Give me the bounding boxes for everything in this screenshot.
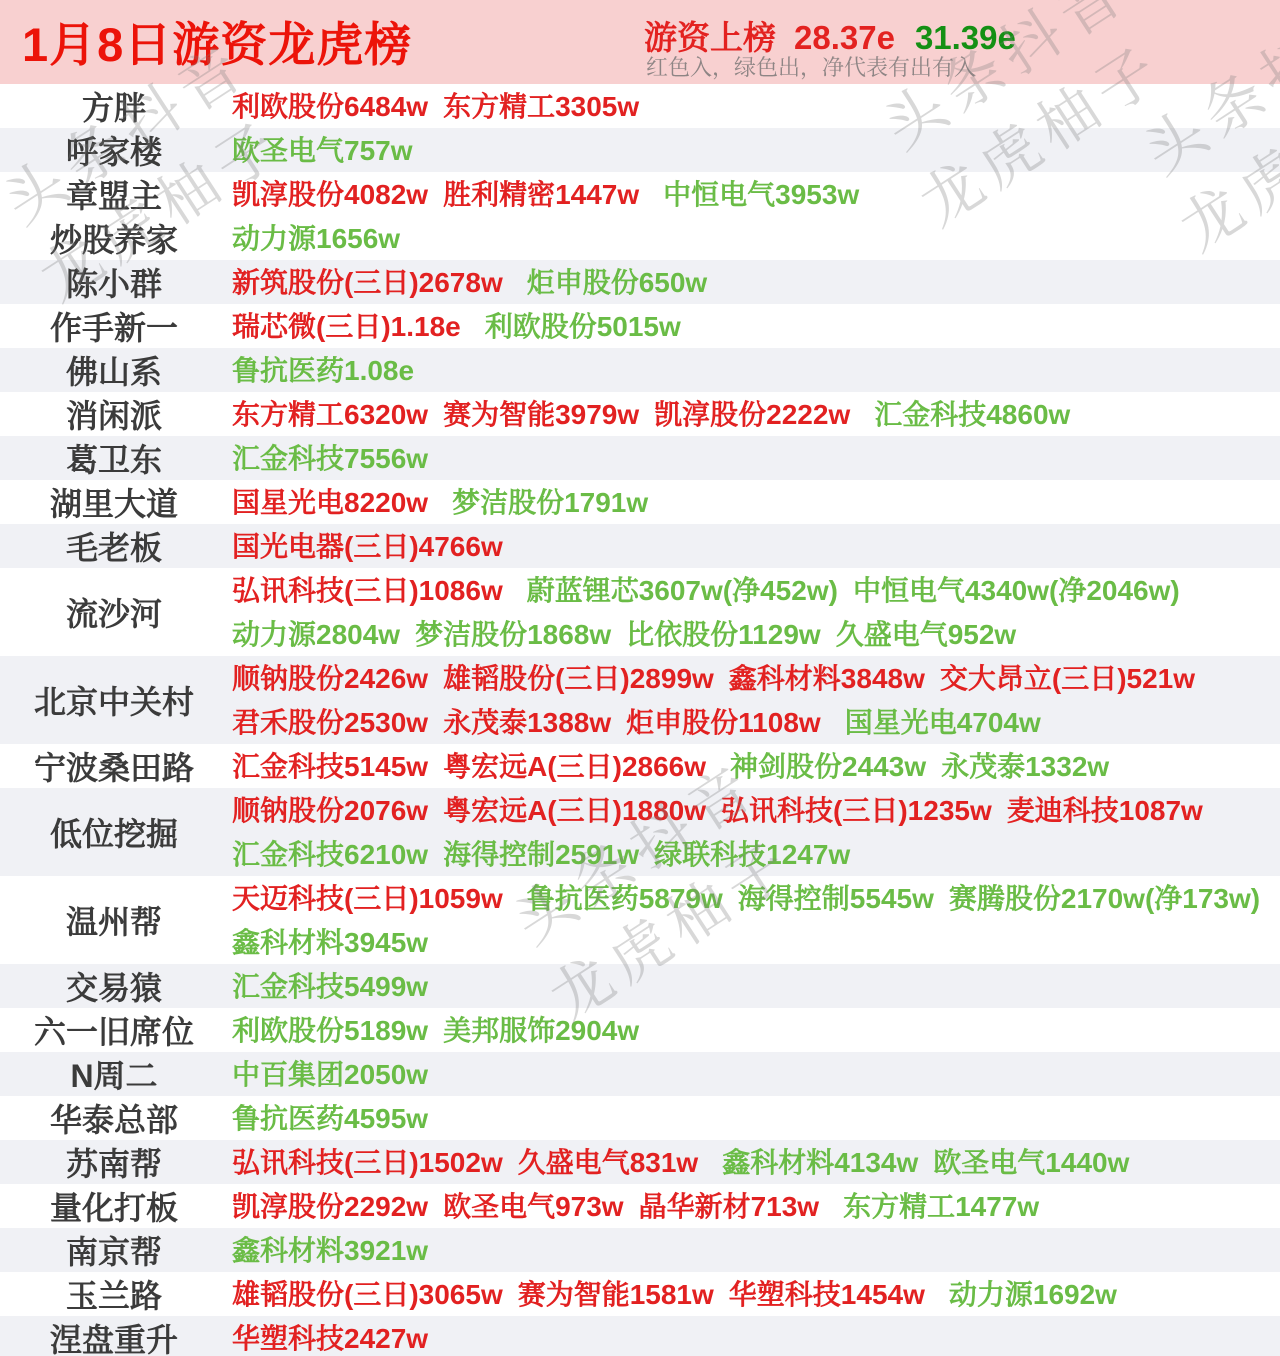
stock-entry-outflow: 汇金科技5499w [232, 971, 428, 1002]
stock-entry-outflow: 久盛电气952w [836, 619, 1017, 650]
trader-name: 华泰总部 [0, 1096, 228, 1140]
trader-row: 涅盘重升华塑科技2427w [0, 1316, 1280, 1356]
trader-row: 玉兰路雄韬股份(三日)3065w赛为智能1581w华塑科技1454w动力源169… [0, 1272, 1280, 1316]
trader-name: 方胖 [0, 84, 228, 128]
stock-line: 弘讯科技(三日)1502w久盛电气831w鑫科材料4134w欧圣电气1440w [232, 1140, 1280, 1184]
trader-row: 葛卫东汇金科技7556w [0, 436, 1280, 480]
trader-name: 温州帮 [0, 876, 228, 964]
stock-entry-outflow: 鑫科材料3945w [232, 927, 428, 958]
stock-entry-inflow: 君禾股份2530w [232, 707, 428, 738]
stock-line: 汇金科技5499w [232, 964, 1280, 1008]
stock-entry-inflow: 东方精工6320w [232, 399, 428, 430]
legend-note: 红色入，绿色出，净代表有出有入 [646, 51, 976, 82]
stock-entries: 弘讯科技(三日)1502w久盛电气831w鑫科材料4134w欧圣电气1440w [228, 1140, 1280, 1184]
stock-line: 汇金科技6210w海得控制2591w绿联科技1247w [232, 832, 1280, 876]
stock-entries: 利欧股份5189w美邦服饰2904w [228, 1008, 1280, 1052]
trader-row: 佛山系鲁抗医药1.08e [0, 348, 1280, 392]
stock-entry-inflow: 新筑股份(三日)2678w [232, 267, 503, 298]
stock-entries: 顺钠股份2076w粤宏远A(三日)1880w弘讯科技(三日)1235w麦迪科技1… [228, 788, 1280, 876]
stock-entries: 凯淳股份2292w欧圣电气973w晶华新材713w东方精工1477w [228, 1184, 1280, 1228]
stock-entry-outflow: 欧圣电气757w [232, 135, 413, 166]
stock-entry-inflow: 粤宏远A(三日)1880w [443, 795, 706, 826]
stock-entry-inflow: 弘讯科技(三日)1086w [232, 575, 503, 606]
trader-name: 交易猿 [0, 964, 228, 1008]
trader-row: 章盟主凯淳股份4082w胜利精密1447w中恒电气3953w [0, 172, 1280, 216]
trader-row: 北京中关村顺钠股份2426w雄韬股份(三日)2899w鑫科材料3848w交大昂立… [0, 656, 1280, 744]
stock-entry-outflow: 动力源1656w [232, 223, 400, 254]
stock-entries: 东方精工6320w赛为智能3979w凯淳股份2222w汇金科技4860w [228, 392, 1280, 436]
stock-line: 新筑股份(三日)2678w炬申股份650w [232, 260, 1280, 304]
trader-row: 低位挖掘顺钠股份2076w粤宏远A(三日)1880w弘讯科技(三日)1235w麦… [0, 788, 1280, 876]
stock-entries: 瑞芯微(三日)1.18e利欧股份5015w [228, 304, 1280, 348]
stock-entries: 中百集团2050w [228, 1052, 1280, 1096]
trader-row: 湖里大道国星光电8220w梦洁股份1791w [0, 480, 1280, 524]
trader-row: 炒股养家动力源1656w [0, 216, 1280, 260]
stock-entry-inflow: 天迈科技(三日)1059w [232, 883, 503, 914]
stock-line: 瑞芯微(三日)1.18e利欧股份5015w [232, 304, 1280, 348]
stock-line: 欧圣电气757w [232, 128, 1280, 172]
stock-entry-inflow: 炬申股份1108w [626, 707, 821, 738]
trader-name: 北京中关村 [0, 656, 228, 744]
stock-entry-outflow: 绿联科技1247w [654, 839, 850, 870]
trader-row: 交易猿汇金科技5499w [0, 964, 1280, 1008]
trader-name: 湖里大道 [0, 480, 228, 524]
stock-entry-outflow: 永茂泰1332w [941, 751, 1109, 782]
stock-entry-outflow: 鲁抗医药5879w [527, 883, 723, 914]
trader-name: N周二 [0, 1052, 228, 1096]
trader-row: 呼家楼欧圣电气757w [0, 128, 1280, 172]
stock-entry-inflow: 汇金科技5145w [232, 751, 428, 782]
stock-entry-inflow: 粤宏远A(三日)2866w [443, 751, 706, 782]
stock-entry-outflow: 美邦服饰2904w [443, 1015, 639, 1046]
stock-entry-outflow: 鲁抗医药4595w [232, 1103, 428, 1134]
trader-name: 流沙河 [0, 568, 228, 656]
stock-line: 动力源1656w [232, 216, 1280, 260]
trader-row: N周二中百集团2050w [0, 1052, 1280, 1096]
stock-entry-outflow: 欧圣电气1440w [933, 1147, 1129, 1178]
stock-line: 凯淳股份4082w胜利精密1447w中恒电气3953w [232, 172, 1280, 216]
stock-entry-outflow: 鑫科材料3921w [232, 1235, 428, 1266]
stock-entry-inflow: 麦迪科技1087w [1007, 795, 1203, 826]
stock-entry-inflow: 华塑科技2427w [232, 1323, 428, 1354]
stock-entry-outflow: 东方精工1477w [843, 1191, 1039, 1222]
stock-line: 汇金科技7556w [232, 436, 1280, 480]
stock-line: 天迈科技(三日)1059w鲁抗医药5879w海得控制5545w赛腾股份2170w… [232, 876, 1280, 920]
stock-entry-inflow: 弘讯科技(三日)1502w [232, 1147, 503, 1178]
stock-entry-inflow: 凯淳股份4082w [232, 179, 428, 210]
stock-line: 雄韬股份(三日)3065w赛为智能1581w华塑科技1454w动力源1692w [232, 1272, 1280, 1316]
trader-row: 方胖利欧股份6484w东方精工3305w [0, 84, 1280, 128]
stock-line: 华塑科技2427w [232, 1316, 1280, 1356]
stock-entries: 凯淳股份4082w胜利精密1447w中恒电气3953w [228, 172, 1280, 216]
stock-entry-inflow: 瑞芯微(三日)1.18e [232, 311, 461, 342]
stock-entries: 汇金科技5145w粤宏远A(三日)2866w神剑股份2443w永茂泰1332w [228, 744, 1280, 788]
stock-entry-outflow: 利欧股份5189w [232, 1015, 428, 1046]
stock-entry-outflow: 蔚蓝锂芯3607w(净452w) [527, 575, 838, 606]
stock-entry-outflow: 中恒电气3953w [663, 179, 859, 210]
stock-entry-outflow: 梦洁股份1868w [415, 619, 611, 650]
stock-entries: 弘讯科技(三日)1086w蔚蓝锂芯3607w(净452w)中恒电气4340w(净… [228, 568, 1280, 656]
stock-line: 利欧股份5189w美邦服饰2904w [232, 1008, 1280, 1052]
stock-line: 凯淳股份2292w欧圣电气973w晶华新材713w东方精工1477w [232, 1184, 1280, 1228]
stock-entry-inflow: 凯淳股份2222w [654, 399, 850, 430]
stock-entry-inflow: 赛为智能3979w [443, 399, 639, 430]
stock-entry-inflow: 华塑科技1454w [729, 1279, 925, 1310]
trader-name: 毛老板 [0, 524, 228, 568]
stock-entry-outflow: 赛腾股份2170w(净173w) [949, 883, 1260, 914]
stock-line: 汇金科技5145w粤宏远A(三日)2866w神剑股份2443w永茂泰1332w [232, 744, 1280, 788]
stock-entries: 汇金科技5499w [228, 964, 1280, 1008]
trader-row: 作手新一瑞芯微(三日)1.18e利欧股份5015w [0, 304, 1280, 348]
stock-entry-inflow: 国星光电8220w [232, 487, 428, 518]
stock-entries: 鲁抗医药1.08e [228, 348, 1280, 392]
stock-entry-outflow: 海得控制5545w [738, 883, 934, 914]
stock-entry-inflow: 欧圣电气973w [443, 1191, 624, 1222]
trader-row: 苏南帮弘讯科技(三日)1502w久盛电气831w鑫科材料4134w欧圣电气144… [0, 1140, 1280, 1184]
stock-entry-inflow: 东方精工3305w [443, 91, 639, 122]
stock-entries: 汇金科技7556w [228, 436, 1280, 480]
trader-name: 陈小群 [0, 260, 228, 304]
trader-row: 宁波桑田路汇金科技5145w粤宏远A(三日)2866w神剑股份2443w永茂泰1… [0, 744, 1280, 788]
stock-entries: 国星光电8220w梦洁股份1791w [228, 480, 1280, 524]
page-header: 1月8日游资龙虎榜 游资上榜28.37e31.39e 红色入，绿色出，净代表有出… [0, 0, 1280, 84]
stock-entry-outflow: 鑫科材料4134w [722, 1147, 918, 1178]
stock-entry-outflow: 动力源2804w [232, 619, 400, 650]
stock-entry-outflow: 动力源1692w [949, 1279, 1117, 1310]
stock-entries: 动力源1656w [228, 216, 1280, 260]
stock-entry-inflow: 顺钠股份2426w [232, 663, 428, 694]
stock-line: 弘讯科技(三日)1086w蔚蓝锂芯3607w(净452w)中恒电气4340w(净… [232, 568, 1280, 612]
trader-name: 章盟主 [0, 172, 228, 216]
stock-line: 鲁抗医药1.08e [232, 348, 1280, 392]
stock-entry-inflow: 交大昂立(三日)521w [940, 663, 1195, 694]
stock-line: 中百集团2050w [232, 1052, 1280, 1096]
page-title: 1月8日游资龙虎榜 [22, 8, 412, 75]
stock-entry-inflow: 久盛电气831w [518, 1147, 699, 1178]
trader-name: 玉兰路 [0, 1272, 228, 1316]
stock-entry-inflow: 鑫科材料3848w [729, 663, 925, 694]
stock-line: 国光电器(三日)4766w [232, 524, 1280, 568]
trader-row: 流沙河弘讯科技(三日)1086w蔚蓝锂芯3607w(净452w)中恒电气4340… [0, 568, 1280, 656]
trader-name: 作手新一 [0, 304, 228, 348]
trader-row: 量化打板凯淳股份2292w欧圣电气973w晶华新材713w东方精工1477w [0, 1184, 1280, 1228]
stock-entries: 鑫科材料3921w [228, 1228, 1280, 1272]
stock-entries: 顺钠股份2426w雄韬股份(三日)2899w鑫科材料3848w交大昂立(三日)5… [228, 656, 1280, 744]
trader-row: 消闲派东方精工6320w赛为智能3979w凯淳股份2222w汇金科技4860w [0, 392, 1280, 436]
trader-name: 佛山系 [0, 348, 228, 392]
stock-entries: 鲁抗医药4595w [228, 1096, 1280, 1140]
stock-entry-inflow: 赛为智能1581w [518, 1279, 714, 1310]
stock-entries: 雄韬股份(三日)3065w赛为智能1581w华塑科技1454w动力源1692w [228, 1272, 1280, 1316]
stock-entry-inflow: 晶华新材713w [639, 1191, 820, 1222]
stock-line: 动力源2804w梦洁股份1868w比依股份1129w久盛电气952w [232, 612, 1280, 656]
stock-entry-outflow: 国星光电4704w [845, 707, 1041, 738]
trader-row: 南京帮鑫科材料3921w [0, 1228, 1280, 1272]
stock-entry-outflow: 比依股份1129w [626, 619, 821, 650]
stock-entry-outflow: 鲁抗医药1.08e [232, 355, 414, 386]
stock-entries: 国光电器(三日)4766w [228, 524, 1280, 568]
stock-entry-outflow: 汇金科技6210w [232, 839, 428, 870]
stock-line: 顺钠股份2426w雄韬股份(三日)2899w鑫科材料3848w交大昂立(三日)5… [232, 656, 1280, 700]
stock-entries: 利欧股份6484w东方精工3305w [228, 84, 1280, 128]
stock-entry-outflow: 炬申股份650w [527, 267, 708, 298]
stock-entry-inflow: 胜利精密1447w [443, 179, 639, 210]
trader-name: 宁波桑田路 [0, 744, 228, 788]
stock-entry-inflow: 国光电器(三日)4766w [232, 531, 503, 562]
stock-line: 君禾股份2530w永茂泰1388w炬申股份1108w国星光电4704w [232, 700, 1280, 744]
stock-entries: 新筑股份(三日)2678w炬申股份650w [228, 260, 1280, 304]
trader-name: 南京帮 [0, 1228, 228, 1272]
trader-row: 陈小群新筑股份(三日)2678w炬申股份650w [0, 260, 1280, 304]
trader-name: 六一旧席位 [0, 1008, 228, 1052]
stock-entries: 欧圣电气757w [228, 128, 1280, 172]
trader-name: 葛卫东 [0, 436, 228, 480]
trader-rows: 方胖利欧股份6484w东方精工3305w呼家楼欧圣电气757w章盟主凯淳股份40… [0, 84, 1280, 1356]
stock-entry-inflow: 顺钠股份2076w [232, 795, 428, 826]
stock-entry-outflow: 梦洁股份1791w [452, 487, 648, 518]
stock-line: 顺钠股份2076w粤宏远A(三日)1880w弘讯科技(三日)1235w麦迪科技1… [232, 788, 1280, 832]
stock-line: 鑫科材料3945w [232, 920, 1280, 964]
stock-line: 国星光电8220w梦洁股份1791w [232, 480, 1280, 524]
stock-entry-outflow: 汇金科技4860w [874, 399, 1070, 430]
stock-entry-inflow: 利欧股份6484w [232, 91, 428, 122]
stock-entry-outflow: 神剑股份2443w [730, 751, 926, 782]
stock-line: 利欧股份6484w东方精工3305w [232, 84, 1280, 128]
stock-entries: 天迈科技(三日)1059w鲁抗医药5879w海得控制5545w赛腾股份2170w… [228, 876, 1280, 964]
trader-name: 低位挖掘 [0, 788, 228, 876]
trader-row: 毛老板国光电器(三日)4766w [0, 524, 1280, 568]
trader-name: 苏南帮 [0, 1140, 228, 1184]
stock-entries: 华塑科技2427w [228, 1316, 1280, 1356]
trader-name: 消闲派 [0, 392, 228, 436]
trader-row: 温州帮天迈科技(三日)1059w鲁抗医药5879w海得控制5545w赛腾股份21… [0, 876, 1280, 964]
stock-entry-outflow: 利欧股份5015w [485, 311, 681, 342]
stock-entry-inflow: 雄韬股份(三日)2899w [443, 663, 714, 694]
stock-entry-outflow: 汇金科技7556w [232, 443, 428, 474]
trader-name: 量化打板 [0, 1184, 228, 1228]
trader-name: 涅盘重升 [0, 1316, 228, 1356]
stock-line: 东方精工6320w赛为智能3979w凯淳股份2222w汇金科技4860w [232, 392, 1280, 436]
stock-entry-inflow: 凯淳股份2292w [232, 1191, 428, 1222]
stock-entry-outflow: 中百集团2050w [232, 1059, 428, 1090]
stock-line: 鲁抗医药4595w [232, 1096, 1280, 1140]
stock-line: 鑫科材料3921w [232, 1228, 1280, 1272]
stock-entry-outflow: 海得控制2591w [443, 839, 639, 870]
stock-entry-outflow: 中恒电气4340w(净2046w) [853, 575, 1180, 606]
trader-row: 六一旧席位利欧股份5189w美邦服饰2904w [0, 1008, 1280, 1052]
stock-entry-inflow: 雄韬股份(三日)3065w [232, 1279, 503, 1310]
trader-name: 炒股养家 [0, 216, 228, 260]
trader-name: 呼家楼 [0, 128, 228, 172]
stock-entry-inflow: 弘讯科技(三日)1235w [721, 795, 992, 826]
trader-row: 华泰总部鲁抗医药4595w [0, 1096, 1280, 1140]
stock-entry-inflow: 永茂泰1388w [443, 707, 611, 738]
